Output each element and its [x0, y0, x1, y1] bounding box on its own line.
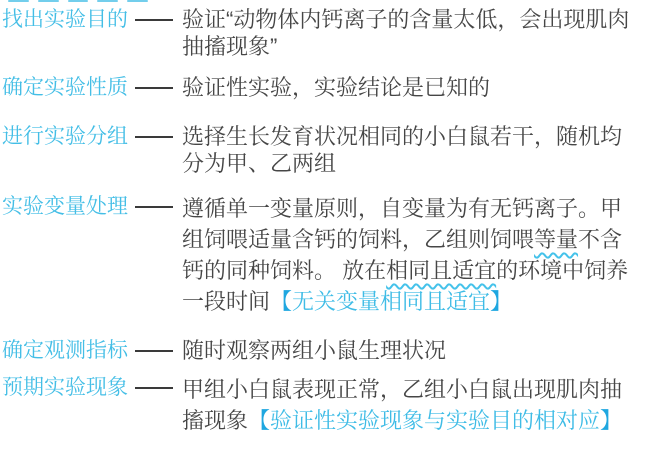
body-text: 随时观察两组小鼠生理状况	[182, 338, 446, 363]
connector-line	[135, 87, 173, 89]
flow-row-purpose: 找出实验目的 验证“动物体内钙离子的含量太低，会出现肌肉抽搐现象”	[2, 6, 655, 60]
flow-row-grouping: 进行实验分组 选择生长发育状况相同的小白鼠若干，随机均分为甲、乙两组	[2, 123, 655, 177]
step-label-observation: 确定观测指标	[2, 337, 132, 364]
step-label-variables: 实验变量处理	[2, 193, 132, 220]
flow-row-nature: 确定实验性质 验证性实验，实验结论是已知的	[2, 74, 655, 101]
cropped-label-remnant	[8, 0, 148, 3]
wavy-underlined-text: 等量	[534, 227, 578, 252]
bracket-mark: 】	[600, 408, 622, 433]
step-label-purpose: 找出实验目的	[2, 6, 132, 33]
body-text: 验证“动物体内钙离子的含量太低，会出现肌肉抽搐现象”	[182, 7, 629, 59]
connector-line	[135, 19, 173, 21]
step-label-nature: 确定实验性质	[2, 74, 132, 101]
step-description-expectation: 甲组小白鼠表现正常，乙组小白鼠出现肌肉抽搐现象【验证性实验现象与实验目的相对应】	[182, 374, 634, 436]
step-description-observation: 随时观察两组小鼠生理状况	[182, 337, 634, 364]
connector-line	[135, 387, 173, 389]
highlight-note: 无关变量相同且适宜	[292, 289, 490, 314]
step-description-purpose: 验证“动物体内钙离子的含量太低，会出现肌肉抽搐现象”	[182, 6, 634, 60]
wavy-underlined-text: 相同且适宜	[386, 258, 496, 283]
step-description-grouping: 选择生长发育状况相同的小白鼠若干，随机均分为甲、乙两组	[182, 123, 634, 177]
step-label-grouping: 进行实验分组	[2, 123, 132, 150]
connector-line	[135, 350, 173, 352]
step-description-variables: 遵循单一变量原则，自变量为有无钙离子。甲组饲喂适量含钙的饲料，乙组则饲喂等量不含…	[182, 193, 634, 317]
bracket-mark: 【	[248, 408, 270, 433]
highlight-note: 验证性实验现象与实验目的相对应	[270, 408, 600, 433]
flow-row-variables: 实验变量处理 遵循单一变量原则，自变量为有无钙离子。甲组饲喂适量含钙的饲料，乙组…	[2, 193, 655, 317]
bracket-mark: 】	[490, 289, 512, 314]
step-description-nature: 验证性实验，实验结论是已知的	[182, 74, 634, 101]
connector-line	[135, 136, 173, 138]
flow-row-expectation: 预期实验现象 甲组小白鼠表现正常，乙组小白鼠出现肌肉抽搐现象【验证性实验现象与实…	[2, 374, 655, 436]
connector-line	[135, 206, 173, 208]
flow-row-observation: 确定观测指标 随时观察两组小鼠生理状况	[2, 337, 655, 364]
body-text: 选择生长发育状况相同的小白鼠若干，随机均分为甲、乙两组	[182, 124, 622, 176]
bracket-mark: 【	[270, 289, 292, 314]
step-label-expectation: 预期实验现象	[2, 374, 132, 401]
body-text: 验证性实验，实验结论是已知的	[182, 75, 490, 100]
experiment-design-diagram: 找出实验目的 验证“动物体内钙离子的含量太低，会出现肌肉抽搐现象” 确定实验性质…	[0, 0, 655, 467]
